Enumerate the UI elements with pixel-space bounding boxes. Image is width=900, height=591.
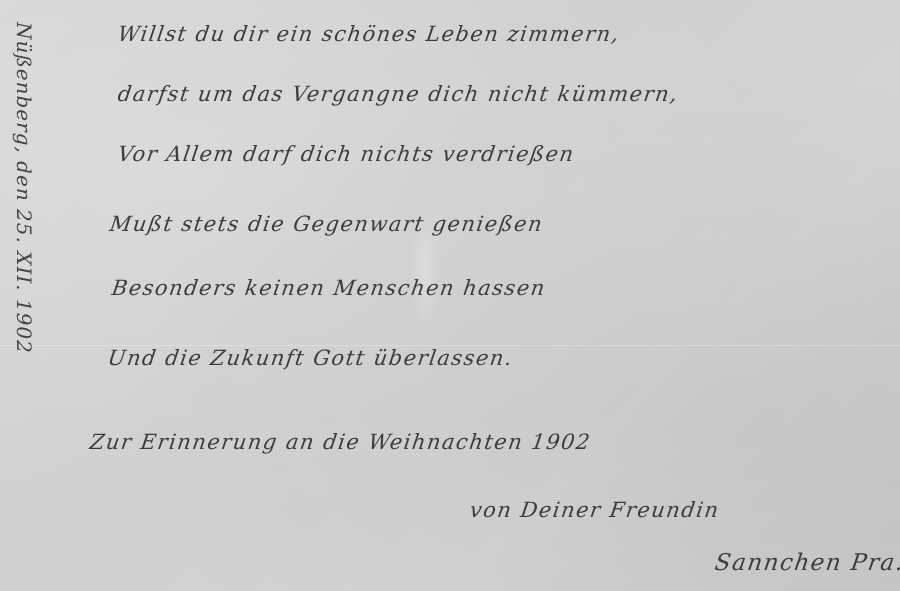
margin-note: Nüßenberg, den 25. XII. 1902 — [4, 20, 44, 350]
dedication-line: Zur Erinnerung an die Weihnachten 1902 — [88, 430, 592, 454]
poem-line-2: darfst um das Vergangne dich nicht kümme… — [116, 82, 680, 106]
signature: Sannchen Pra. — [713, 550, 900, 576]
margin-note-text: Nüßenberg, den 25. XII. 1902 — [12, 22, 36, 342]
poem-line-1: Willst du dir ein schönes Leben zimmern, — [116, 22, 621, 46]
poem-line-4: Mußt stets die Gegenwart genießen — [108, 212, 545, 236]
poem-line-5: Besonders keinen Menschen hassen — [110, 276, 547, 300]
poem-line-3: Vor Allem darf dich nichts verdrießen — [116, 142, 576, 166]
poem-line-6: Und die Zukunft Gott überlassen. — [106, 346, 515, 370]
from-line: von Deiner Freundin — [468, 498, 721, 522]
